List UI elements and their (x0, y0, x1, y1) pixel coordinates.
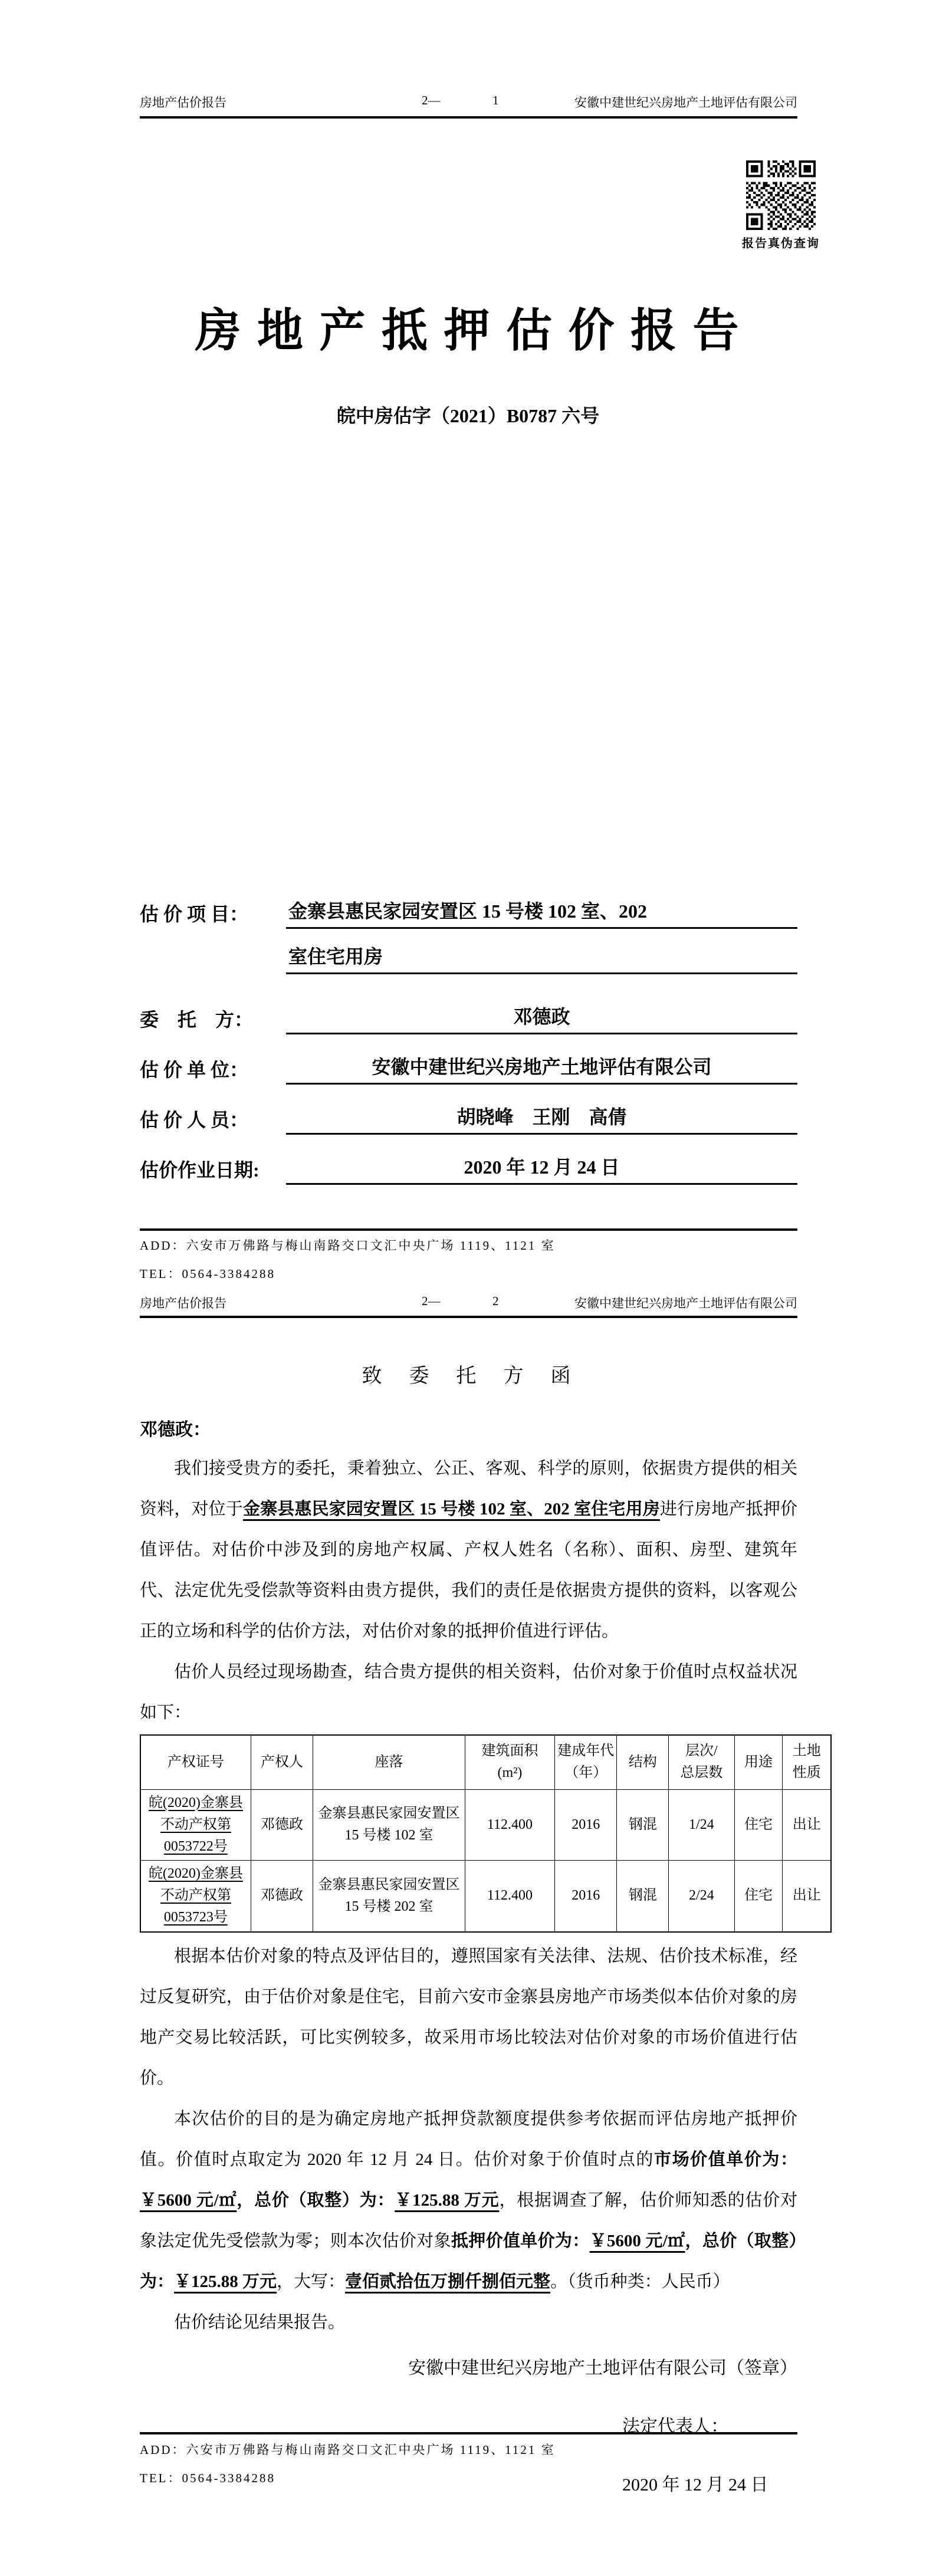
running-header-doc-title: 房地产估价报告 (140, 93, 226, 111)
table-header-cell: 用途 (734, 1735, 783, 1789)
table-cell: 出让 (783, 1861, 831, 1932)
running-header-company: 安徽中建世纪兴房地产土地评估有限公司 (574, 93, 797, 111)
running-header-doc-title: 房地产估价报告 (140, 1294, 226, 1312)
field-agency-label: 估 价 单 位： (140, 1055, 286, 1085)
table-header-cell: 座落 (313, 1735, 465, 1789)
running-header-page-prefix: 2— (422, 1294, 441, 1309)
table-cell: 1/24 (669, 1789, 734, 1861)
table-header-cell: 产权证号 (140, 1735, 251, 1789)
page1-header-rule (140, 116, 797, 119)
table-header-cell: 建筑面积 (m²) (465, 1735, 554, 1789)
table-cell: 住宅 (734, 1789, 783, 1861)
table-cell: 金寨县惠民家园安置区 15 号楼 102 室 (313, 1789, 465, 1861)
page1-footer-address: ADD：六安市万佛路与梅山南路交口文汇中央广场 1119、1121 室 (140, 1236, 797, 1254)
running-header-page-number: 1 (492, 93, 499, 108)
field-client-value: 邓德政 (286, 1002, 797, 1034)
table-cell: 出让 (783, 1789, 831, 1861)
text-run: ￥125.88 万元 (395, 2191, 499, 2210)
table-header-cell: 层次/ 总层数 (669, 1735, 734, 1789)
text-run: 市场价值单价为： (654, 2150, 797, 2169)
table-row: 皖(2020)金寨县不动产权第0053722号邓德政金寨县惠民家园安置区 15 … (140, 1789, 831, 1861)
table-cell: 住宅 (734, 1861, 783, 1932)
field-date-row: 估价作业日期: 2020 年 12 月 24 日 (140, 1135, 797, 1185)
cover-fields: 估 价 项 目： 金寨县惠民家园安置区 15 号楼 102 室、202 室住宅用… (140, 882, 797, 1185)
letter-heading: 致 委 托 方 函 (0, 1359, 936, 1388)
text-run: ￥5600 元/㎡ (140, 2191, 237, 2210)
table-cell: 邓德政 (251, 1789, 313, 1861)
table-cell: 2016 (555, 1789, 617, 1861)
page1-running-header: 房地产估价报告 2— 1 安徽中建世纪兴房地产土地评估有限公司 (140, 93, 797, 111)
property-rights-table: 产权证号产权人座落建筑面积 (m²)建成年代 （年）结构层次/ 总层数用途土地 … (140, 1734, 832, 1933)
running-header-page-prefix: 2— (422, 93, 441, 108)
table-cell: 邓德政 (251, 1861, 313, 1932)
field-date-label: 估价作业日期: (140, 1155, 286, 1185)
text-run: 进行房地产抵押价值评估。对估价中涉及到的房地产权属、产权人姓名（名称）、面积、房… (140, 1500, 797, 1641)
text-run: ，大写： (277, 2272, 345, 2291)
page2-footer-phone: TEL：0564-3384288 (140, 2469, 797, 2486)
table-header-cell: 结构 (617, 1735, 669, 1789)
text-run: 金寨县惠民家园安置区 15 号楼 102 室、202 室住宅用房 (243, 1500, 660, 1519)
field-date-value: 2020 年 12 月 24 日 (286, 1152, 797, 1185)
text-run: ￥5600 元/㎡ (590, 2232, 685, 2250)
paragraph-intro: 我们接受贵方的委托，秉着独立、公正、客观、科学的原则，依据贵方提供的相关资料，对… (140, 1448, 797, 1652)
field-project-value-line1: 金寨县惠民家园安置区 15 号楼 102 室、202 (286, 896, 797, 929)
field-staff-label: 估 价 人 员： (140, 1105, 286, 1135)
running-header-company: 安徽中建世纪兴房地产土地评估有限公司 (574, 1294, 797, 1312)
page2-footer-address: ADD：六安市万佛路与梅山南路交口文汇中央广场 1119、1121 室 (140, 2440, 797, 2458)
field-agency-value: 安徽中建世纪兴房地产土地评估有限公司 (286, 1052, 797, 1085)
page2-running-header: 房地产估价报告 2— 2 安徽中建世纪兴房地产土地评估有限公司 (140, 1294, 797, 1312)
table-cell-cert-number: 皖(2020)金寨县不动产权第0053722号 (140, 1789, 251, 1861)
qr-block: 报告真伪查询 (740, 160, 822, 251)
table-cell-cert-number: 皖(2020)金寨县不动产权第0053723号 (140, 1861, 251, 1932)
report-document: 房地产估价报告 2— 1 安徽中建世纪兴房地产土地评估有限公司 (0, 0, 936, 2576)
page2-header-rule (140, 1316, 797, 1318)
table-header-cell: 建成年代 （年） (555, 1735, 617, 1789)
text-run: 壹佰贰拾伍万捌仟捌佰元整 (345, 2272, 550, 2291)
paragraph-survey: 估价人员经过现场勘查，结合贵方提供的相关资料，估价对象于价值时点权益状况如下： (140, 1652, 797, 1733)
page1-footer-rule (140, 1228, 797, 1231)
qr-code (746, 160, 816, 230)
table-header-cell: 土地 性质 (783, 1735, 831, 1789)
paragraph-valuation: 本次估价的目的是为确定房地产抵押贷款额度提供参考依据而评估房地产抵押价值。价值时… (140, 2099, 797, 2302)
text-run: ￥125.88 万元 (174, 2272, 277, 2291)
field-project-row2: 室住宅用房 (140, 929, 797, 974)
table-cell: 112.400 (465, 1861, 554, 1932)
field-staff-row: 估 价 人 员： 胡晓峰 王刚 高倩 (140, 1085, 797, 1135)
signature-company: 安徽中建世纪兴房地产土地评估有限公司（签章） (140, 2348, 797, 2388)
running-header-page-number: 2 (492, 1294, 499, 1309)
page2-footer-rule (140, 2432, 797, 2434)
report-title: 房 地 产 抵 押 估 价 报 告 (0, 294, 936, 360)
table-cell: 金寨县惠民家园安置区 15 号楼 202 室 (313, 1861, 465, 1932)
field-client-label: 委 托 方： (140, 1005, 286, 1034)
table-cell: 2/24 (669, 1861, 734, 1932)
paragraph-conclusion-ref: 估价结论见结果报告。 (140, 2302, 797, 2343)
qr-caption: 报告真伪查询 (740, 234, 822, 251)
field-agency-row: 估 价 单 位： 安徽中建世纪兴房地产土地评估有限公司 (140, 1034, 797, 1085)
report-doc-number: 皖中房估字（2021）B0787 六号 (0, 401, 936, 428)
field-staff-value: 胡晓峰 王刚 高倩 (286, 1102, 797, 1135)
paragraph-method: 根据本估价对象的特点及评估目的，遵照国家有关法律、法规、估价技术标准，经过反复研… (140, 1936, 797, 2099)
field-project-label: 估 价 项 目： (140, 899, 286, 929)
table-header-cell: 产权人 (251, 1735, 313, 1789)
table-cell: 2016 (555, 1861, 617, 1932)
table-cell: 钢混 (617, 1789, 669, 1861)
letter-body: 邓德政： 我们接受贵方的委托，秉着独立、公正、客观、科学的原则，依据贵方提供的相… (140, 1409, 797, 2505)
page1-footer-phone: TEL：0564-3384288 (140, 1264, 797, 1282)
letter-salutation: 邓德政： (140, 1409, 797, 1448)
field-project-row1: 估 价 项 目： 金寨县惠民家园安置区 15 号楼 102 室、202 (140, 882, 797, 929)
text-run: ， (237, 2191, 254, 2210)
text-run: 总价（取整）为： (254, 2191, 395, 2210)
field-client-row: 委 托 方： 邓德政 (140, 974, 797, 1034)
field-project-value-line2: 室住宅用房 (286, 942, 797, 974)
table-cell: 112.400 (465, 1789, 554, 1861)
text-run: 。（货币种类：人民币） (550, 2272, 730, 2291)
table-row: 皖(2020)金寨县不动产权第0053723号邓德政金寨县惠民家园安置区 15 … (140, 1861, 831, 1932)
table-cell: 钢混 (617, 1861, 669, 1932)
text-run: 抵押价值单价为： (451, 2232, 590, 2250)
